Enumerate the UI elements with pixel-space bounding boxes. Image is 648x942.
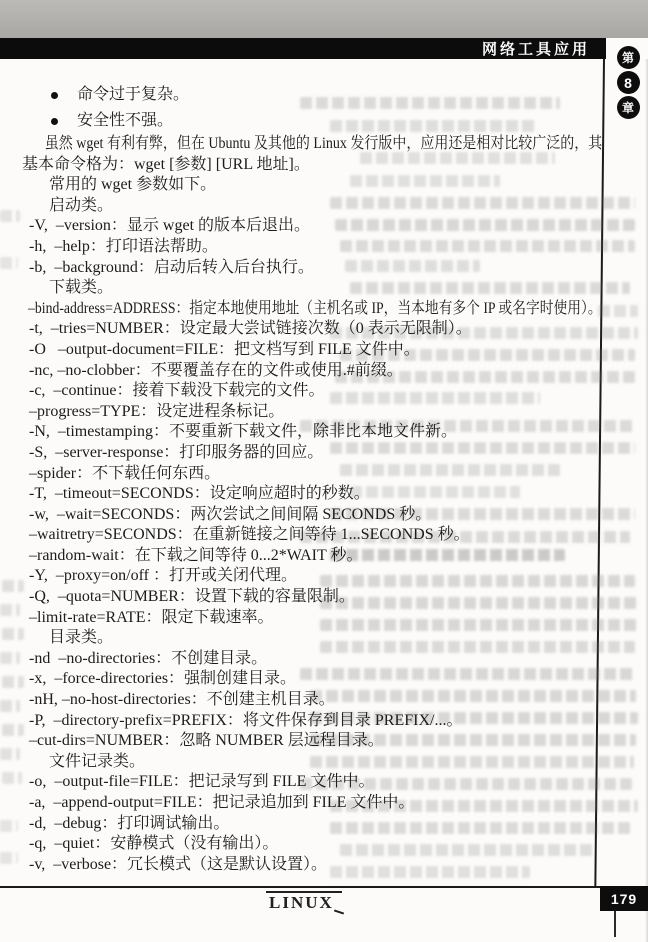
text-line: 基本命令格为：wget [参数] [URL 地址]。 (22, 155, 602, 176)
text-line: -S, –server-response：打印服务器的回应。 (22, 443, 602, 464)
text-line: 下载类。 (22, 278, 602, 299)
bleedthrough-ghost-line (2, 772, 22, 784)
text-line: -Q, –quota=NUMBER：设置下载的容量限制。 (22, 587, 602, 608)
text-line: –spider：不下载任何东西。 (22, 464, 602, 485)
text-line: -t, –tries=NUMBER：设定最大尝试链接次数（0 表示无限制）。 (22, 319, 602, 340)
text-line: -v, –verbose：冗长模式（这是默认设置）。 (22, 855, 602, 876)
chapter-badge-2: 章 (617, 96, 640, 119)
bleedthrough-ghost-line (2, 676, 24, 688)
bleedthrough-ghost-line (2, 628, 24, 640)
text-line: -c, –continue：接着下载没下载完的文件。 (22, 381, 602, 402)
text-line: –cut-dirs=NUMBER：忽略 NUMBER 层远程目录。 (22, 731, 602, 752)
chapter-badge-1: 8 (617, 71, 640, 94)
text-line: -h, –help：打印语法帮助。 (22, 237, 602, 258)
bleedthrough-ghost-line (2, 580, 24, 592)
text-line: -V, –version：显示 wget 的版本后退出。 (22, 216, 602, 237)
bleedthrough-ghost-line (0, 700, 20, 712)
bleedthrough-ghost-line (2, 724, 24, 736)
text-line: -d, –debug：打印调试输出。 (22, 814, 602, 835)
text-line: -N, –timestamping：不要重新下载文件，除非比本地文件新。 (22, 422, 602, 443)
chapter-header-title: 网络工具应用 (482, 38, 590, 59)
chapter-badge-0: 第 (617, 46, 640, 69)
content-lines: 命令过于复杂。安全性不强。虽然 wget 有利有弊，但在 Ubuntu 及其他的… (22, 82, 602, 875)
chapter-header-bar: 网络工具应用 (0, 38, 606, 59)
text-line: –random-wait：在下载之间等待 0...2*WAIT 秒。 (22, 546, 602, 567)
text-line: -nc, –no-clobber：不要覆盖存在的文件或使用.#前缀。 (22, 361, 602, 382)
bleedthrough-ghost-line (0, 820, 18, 832)
bleedthrough-ghost-line (0, 604, 20, 616)
bleedthrough-ghost-line (0, 852, 18, 864)
text-line: 启动类。 (22, 196, 602, 217)
bleedthrough-ghost-line (0, 257, 18, 269)
linux-series-logo: LINUX (266, 891, 342, 914)
text-line: 虽然 wget 有利有弊，但在 Ubuntu 及其他的 Linux 发行版中，应… (22, 134, 529, 155)
bullet-item: 命令过于复杂。 (22, 82, 602, 108)
text-line: -Y, –proxy=on/off ：打开或关闭代理。 (22, 566, 602, 587)
bleedthrough-ghost-line (0, 748, 20, 760)
text-line: –waitretry=SECONDS：在重新链接之间等待 1...SECONDS… (22, 525, 602, 546)
text-line: -O –output-document=FILE：把文档写到 FILE 文件中。 (22, 340, 602, 361)
text-line: 目录类。 (22, 628, 602, 649)
page-number-badge: 179 (600, 886, 648, 911)
text-line: -b, –background：启动后转入后台执行。 (22, 258, 602, 279)
text-line: -nH, –no-host-directories：不创建主机目录。 (22, 690, 602, 711)
scan-gutter-top (0, 0, 648, 38)
page-border-vertical-rule-bottom (614, 911, 616, 937)
text-line: -T, –timeout=SECONDS：设定响应超时的秒数。 (22, 484, 602, 505)
chapter-tab: 第8章 (614, 46, 642, 119)
bleedthrough-ghost-line (598, 305, 638, 317)
text-line: -x, –force-directories：强制创建目录。 (22, 669, 602, 690)
bullet-item: 安全性不强。 (22, 108, 602, 134)
bleedthrough-ghost-line (0, 652, 20, 664)
text-line: -o, –output-file=FILE：把记录写到 FILE 文件中。 (22, 772, 602, 793)
text-line: -w, –wait=SECONDS：两次尝试之间间隔 SECONDS 秒。 (22, 505, 602, 526)
bleedthrough-ghost-line (0, 210, 20, 222)
text-line: 常用的 wget 参数如下。 (22, 175, 602, 196)
text-line: –progress=TYPE：设定进程条标记。 (22, 402, 602, 423)
text-line: -a, –append-output=FILE：把记录追加到 FILE 文件中。 (22, 793, 602, 814)
text-line: –limit-rate=RATE：限定下载速率。 (22, 608, 602, 629)
text-line: 文件记录类。 (22, 752, 602, 773)
text-line: -P, –directory-prefix=PREFIX：将文件保存到目录 PR… (22, 711, 602, 732)
text-line: –bind-address=ADDRESS：指定本地使用地址（主机名或 IP，当… (22, 299, 520, 320)
footer-rule (0, 886, 602, 888)
text-line: -nd –no-directories：不创建目录。 (22, 649, 602, 670)
text-line: -q, –quiet：安静模式（没有输出）。 (22, 834, 602, 855)
